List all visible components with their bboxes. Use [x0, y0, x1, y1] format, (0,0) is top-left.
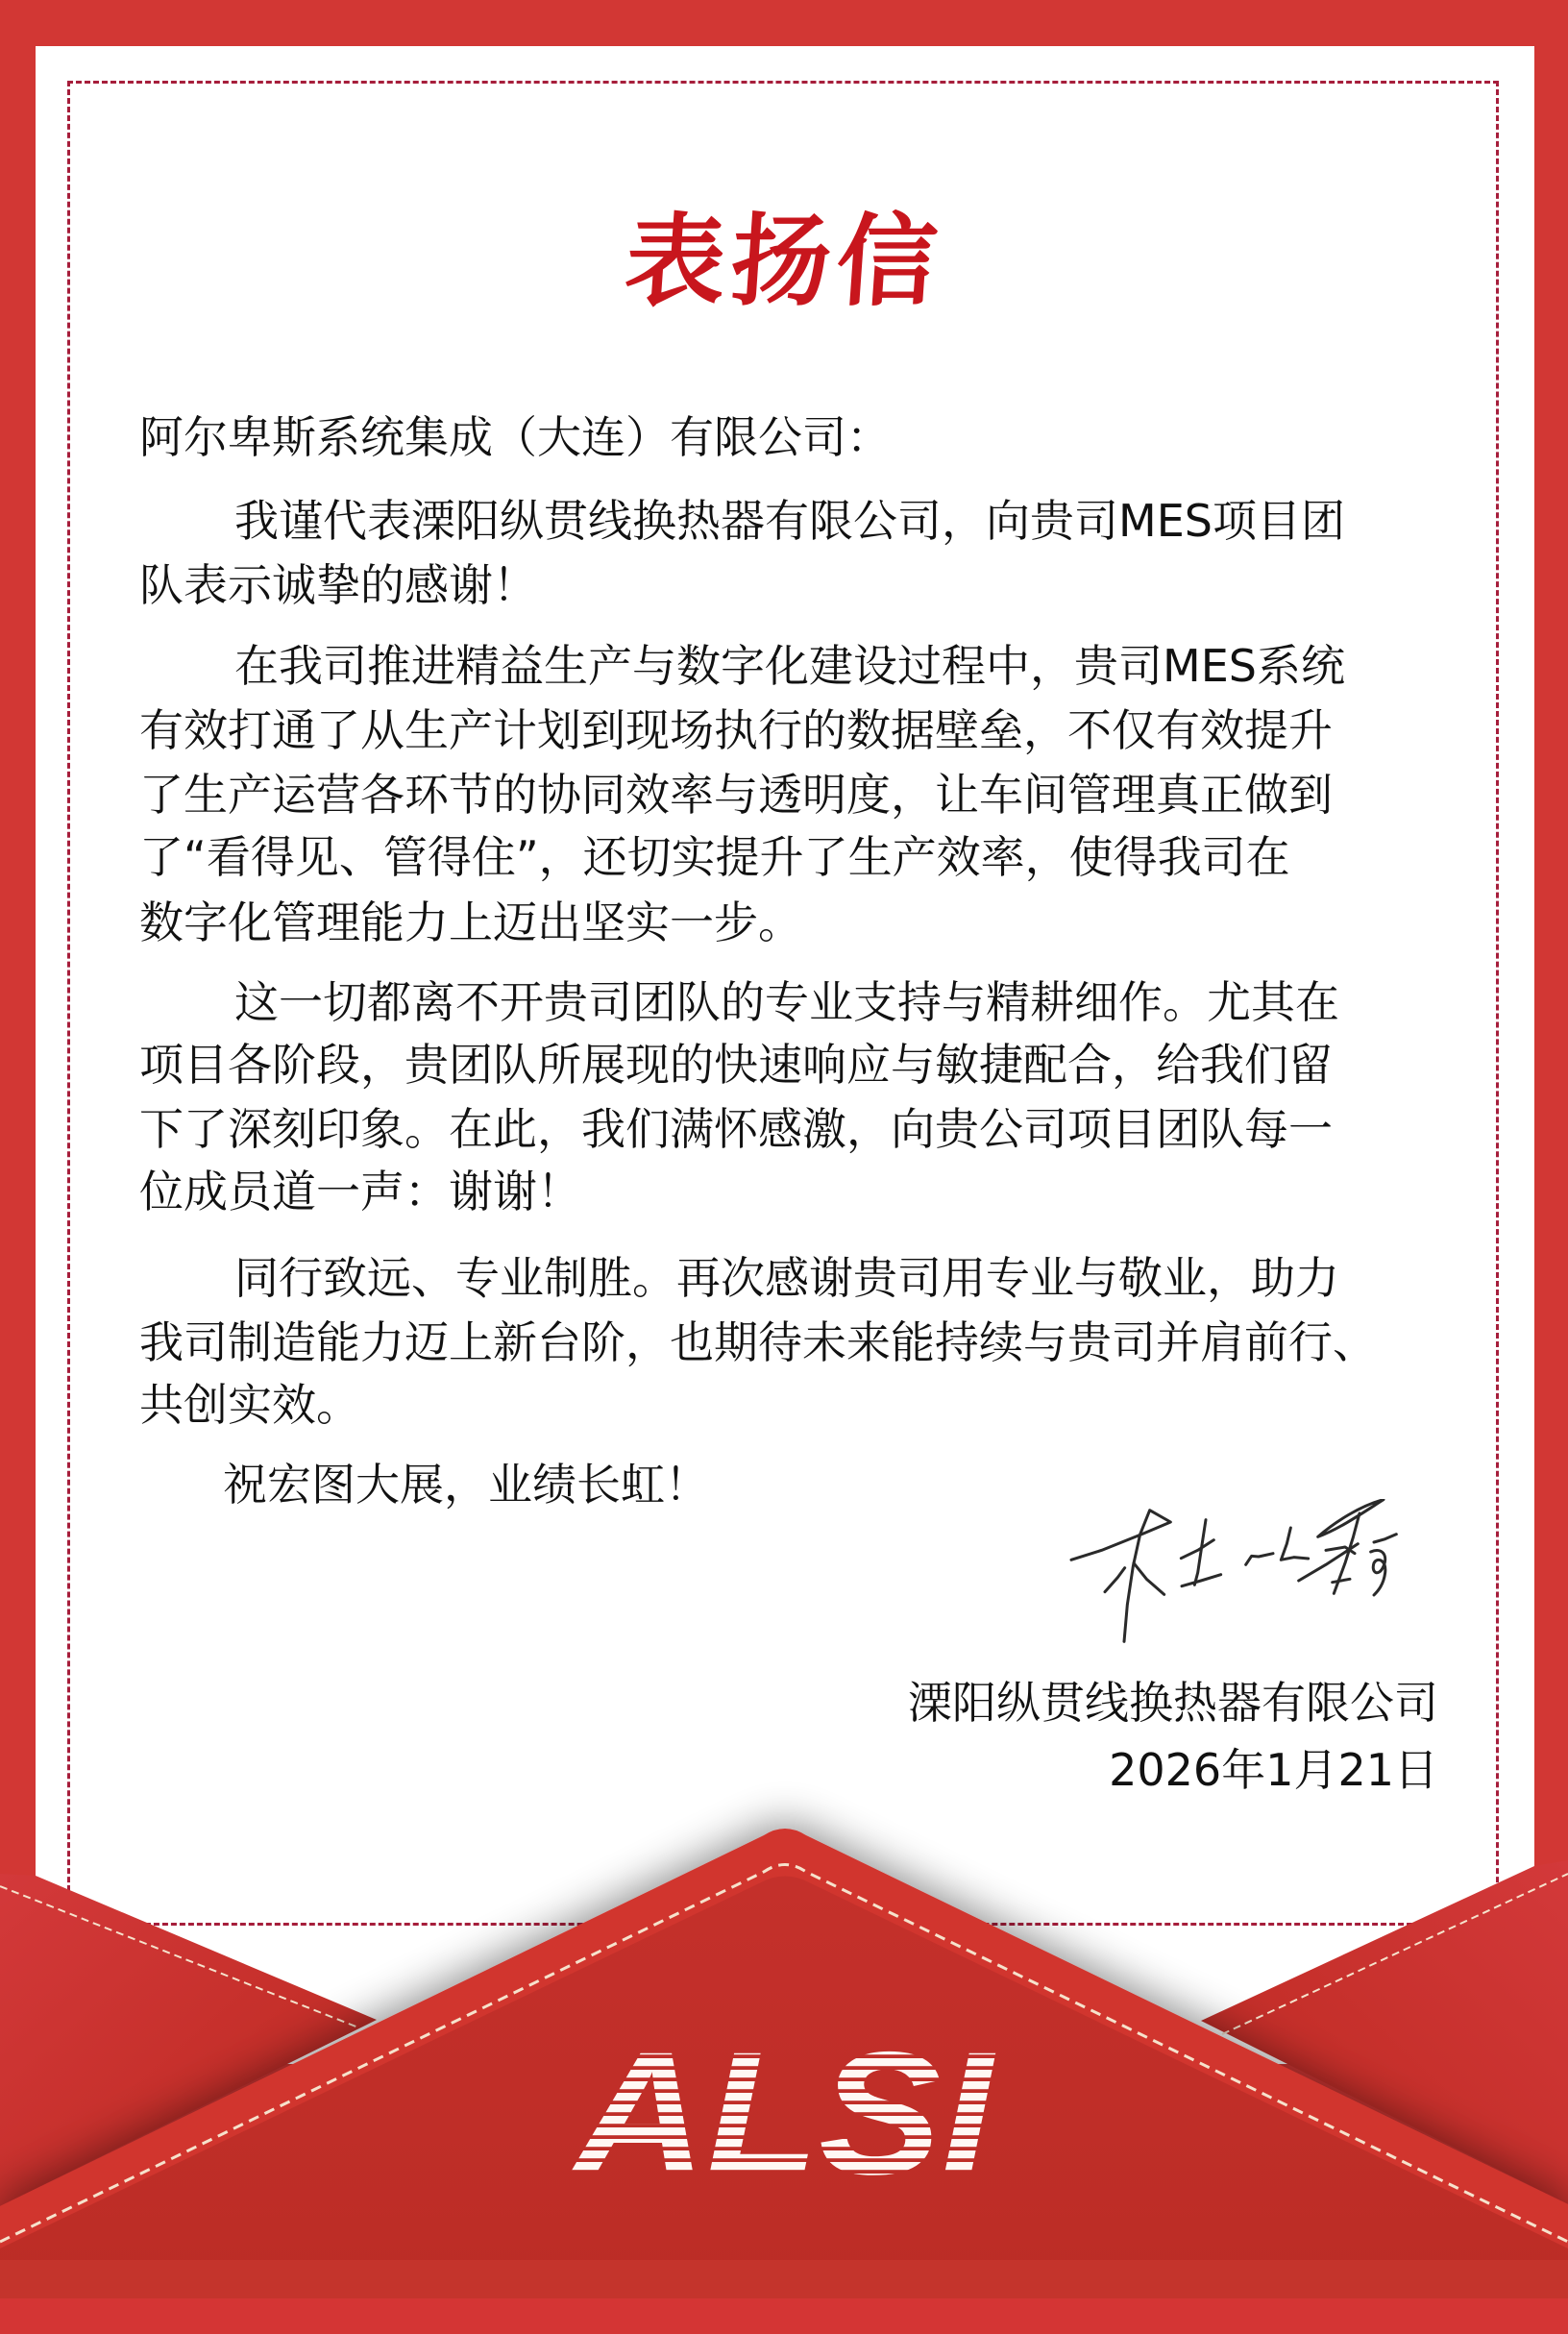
- salutation: 阿尔卑斯系统集成（大连）有限公司：: [139, 410, 891, 464]
- paragraph-4-line-1: 同行致远、专业制胜。再次感谢贵司用专业与敬业，助力: [234, 1251, 1339, 1305]
- paragraph-4-line-3: 共创实效。: [139, 1378, 360, 1432]
- signature: [1038, 1499, 1441, 1672]
- sender-company: 溧阳纵贯线换热器有限公司: [769, 1676, 1438, 1730]
- paragraph-3-line-2: 项目各阶段，贵团队所展现的快速响应与敏捷配合，给我们留: [139, 1038, 1333, 1092]
- paragraph-2-line-2: 有效打通了从生产计划到现场执行的数据壁垒，不仅有效提升: [139, 703, 1333, 757]
- paragraph-4-line-2: 我司制造能力迈上新台阶，也期待未来能持续与贵司并肩前行、: [139, 1315, 1377, 1369]
- paragraph-2-line-3: 了生产运营各环节的协同效率与透明度，让车间管理真正做到: [139, 768, 1333, 822]
- paragraph-3-line-4: 位成员道一声：谢谢！: [139, 1165, 581, 1218]
- paragraph-2-line-5: 数字化管理能力上迈出坚实一步。: [139, 896, 802, 949]
- paragraph-2-line-1: 在我司推进精益生产与数字化建设过程中，贵司MES系统: [234, 639, 1345, 693]
- letter-title: 表扬信: [0, 204, 1568, 319]
- paragraph-1-line-1: 我谨代表溧阳纵贯线换热器有限公司，向贵司MES项目团: [234, 494, 1345, 548]
- paragraph-3-line-1: 这一切都离不开贵司团队的专业支持与精耕细作。尤其在: [234, 975, 1339, 1029]
- paragraph-3-line-3: 下了深刻印象。在此，我们满怀感激，向贵公司项目团队每一: [139, 1102, 1333, 1156]
- paragraph-2-line-4: 了“看得见、管得住”，还切实提升了生产效率，使得我司在: [139, 830, 1290, 884]
- closing-wish: 祝宏图大展，业绩长虹！: [223, 1458, 709, 1511]
- paragraph-1-line-2: 队表示诚挚的感谢！: [139, 558, 537, 612]
- letter-date: 2026年1月21日: [769, 1743, 1438, 1797]
